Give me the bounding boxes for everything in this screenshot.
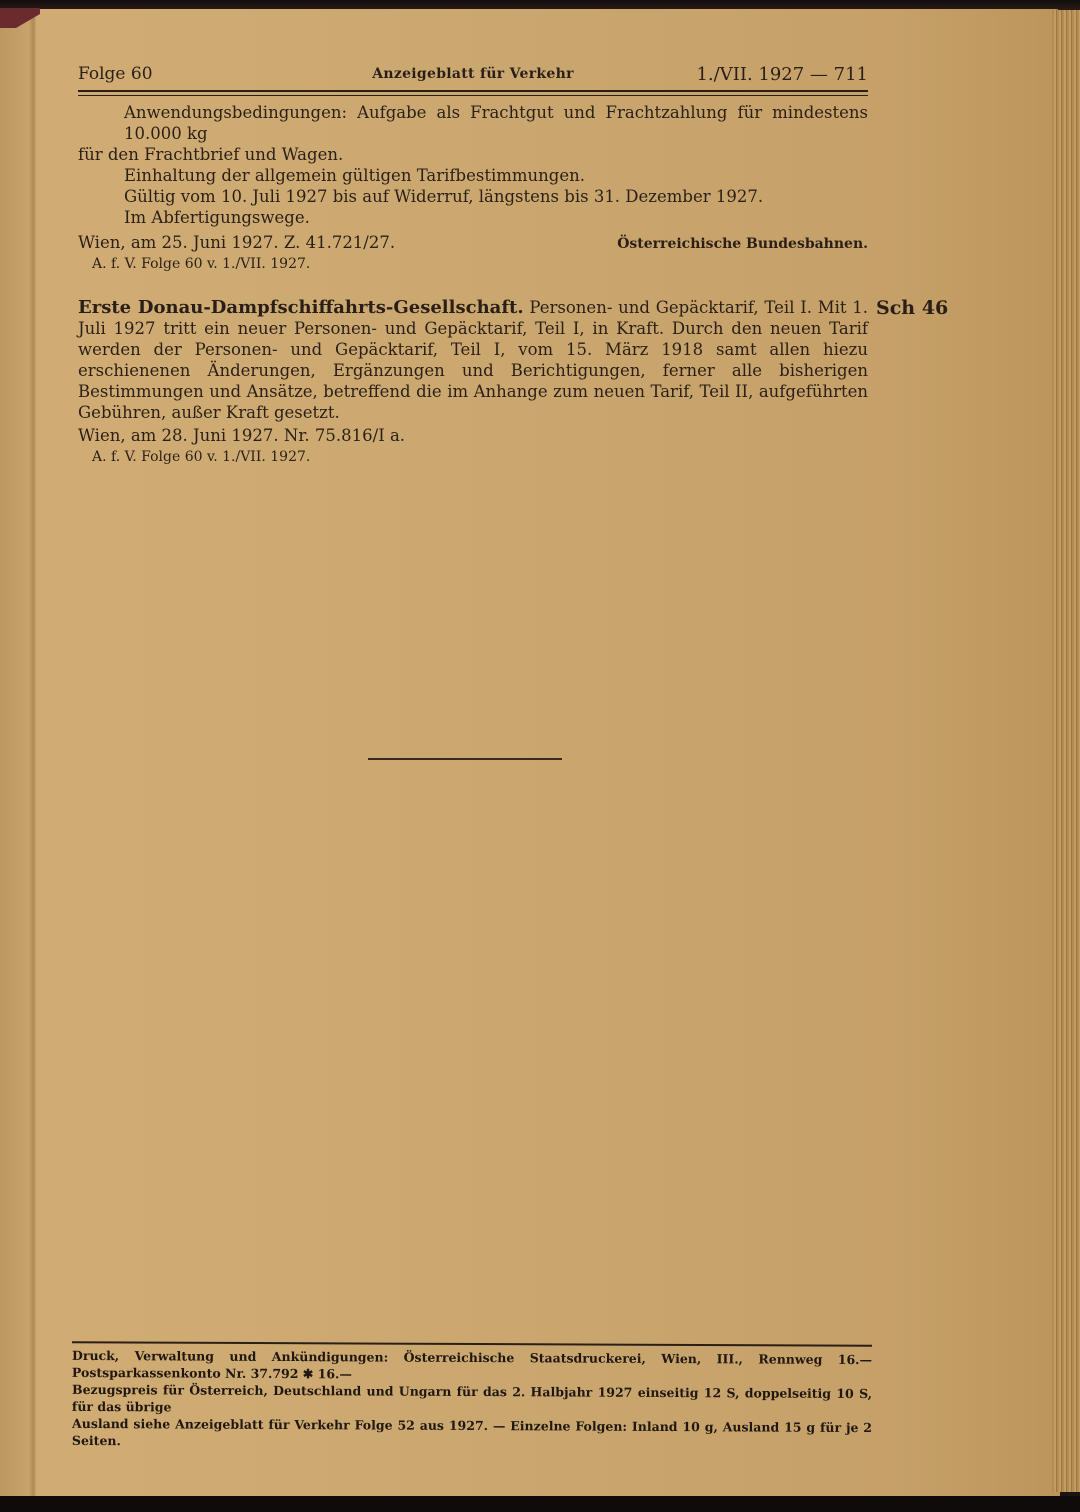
margin-note: Sch 46 [876, 297, 948, 319]
imprint: Druck, Verwaltung und Ankündigungen: Öst… [72, 1343, 872, 1451]
conditions-line-cont: für den Frachtbrief und Wagen. [78, 144, 868, 165]
gutter-shadow [0, 9, 36, 1501]
reference: A. f. V. Folge 60 v. 1./VII. 1927. [78, 446, 868, 468]
place-date-row: Wien, am 25. Juni 1927. Z. 41.721/27. Ös… [78, 232, 868, 253]
notice-title: Erste Donau-Dampfschiffahrts-Gesellschaf… [78, 297, 524, 318]
date-page-number: 1./VII. 1927 — 711 [696, 64, 868, 85]
signature: Österreichische Bundesbahnen. [617, 236, 868, 252]
imprint-line-1: Druck, Verwaltung und Ankündigungen: Öst… [72, 1347, 872, 1385]
notice-body: Erste Donau-Dampfschiffahrts-Gesellschaf… [78, 297, 868, 423]
compliance-line: Einhaltung der allgemein gültigen Tarifb… [78, 165, 868, 186]
place-date: Wien, am 25. Juni 1927. Z. 41.721/27. [78, 232, 395, 253]
imprint-rule [72, 1341, 872, 1346]
imprint-line-3: Ausland siehe Anzeigeblatt für Verkehr F… [72, 1415, 872, 1453]
place-date: Wien, am 28. Juni 1927. Nr. 75.816/I a. [78, 425, 868, 446]
header-rule [78, 90, 868, 96]
validity-line: Gültig vom 10. Juli 1927 bis auf Widerru… [78, 186, 868, 207]
running-header: Folge 60 Anzeigeblatt für Verkehr 1./VII… [78, 60, 868, 90]
imprint-line-2: Bezugspreis für Österreich, Deutschland … [72, 1381, 872, 1419]
procedure-line: Im Abfertigungswege. [78, 207, 868, 228]
scan-background-bottom [0, 1496, 1080, 1512]
scanned-page: Folge 60 Anzeigeblatt für Verkehr 1./VII… [0, 0, 1080, 1512]
notice-oebb: Anwendungsbedingungen: Aufgabe als Frach… [78, 102, 868, 275]
reference: A. f. V. Folge 60 v. 1./VII. 1927. [78, 253, 868, 275]
end-rule [368, 758, 562, 760]
page-edges [1052, 10, 1080, 1492]
page-content: Folge 60 Anzeigeblatt für Verkehr 1./VII… [78, 60, 868, 468]
conditions-line: Anwendungsbedingungen: Aufgabe als Frach… [78, 102, 868, 144]
notice-ddsg: Sch 46 Erste Donau-Dampfschiffahrts-Gese… [78, 297, 868, 468]
